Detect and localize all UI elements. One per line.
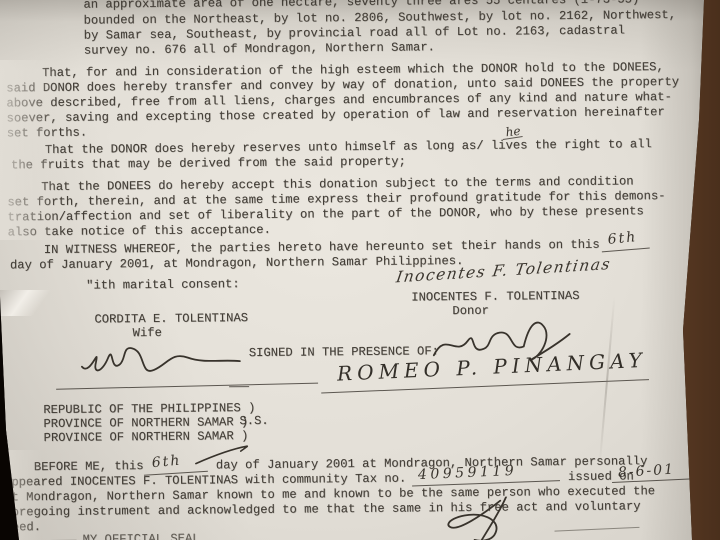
witness-clause-line: IN WITNESS WHEREOF, the parties hereto h… xyxy=(44,239,600,257)
deed-content: an approximate area of one hectare, seve… xyxy=(0,0,720,540)
notary-line xyxy=(555,527,640,532)
wife-signature-scrawl xyxy=(76,331,247,388)
property-description-line: survey no. 676 all of Mondragon, Norther… xyxy=(84,41,435,57)
short-line xyxy=(229,386,249,388)
wife-name: CORDITA E. TOLENTINAS xyxy=(94,312,248,326)
handwritten-tax-number: 40959119 xyxy=(418,463,518,483)
handwritten-day: 6th xyxy=(151,452,182,471)
property-description-line: by Samar sea, Southeast, by provincial r… xyxy=(84,24,625,42)
acknowledgment-line: BEFORE ME, this xyxy=(34,460,144,474)
day-underline xyxy=(602,248,650,253)
ss-label: S.S. xyxy=(239,415,268,428)
consideration-clause-line: set forths. xyxy=(7,127,88,141)
handwritten-day: 6th xyxy=(607,229,638,248)
document-photo: an approximate area of one hectare, seve… xyxy=(0,0,720,540)
official-seal-partial: MY OFFICIAL SEAL xyxy=(83,533,200,540)
reservation-clause-line: the fruits that may be derived from the … xyxy=(11,156,406,173)
marital-consent-label: "ith marital consent: xyxy=(86,278,240,292)
acceptance-clause-line: also take notice of this acceptance. xyxy=(8,224,271,240)
notary-signature-scrawl xyxy=(430,496,550,540)
donor-name: INOCENTES F. TOLENTINAS xyxy=(411,290,579,305)
handwritten-issue-date: 8-6-01 xyxy=(618,462,676,482)
witness-clause-line: day of January 2001, at Mondragon, North… xyxy=(10,255,464,272)
